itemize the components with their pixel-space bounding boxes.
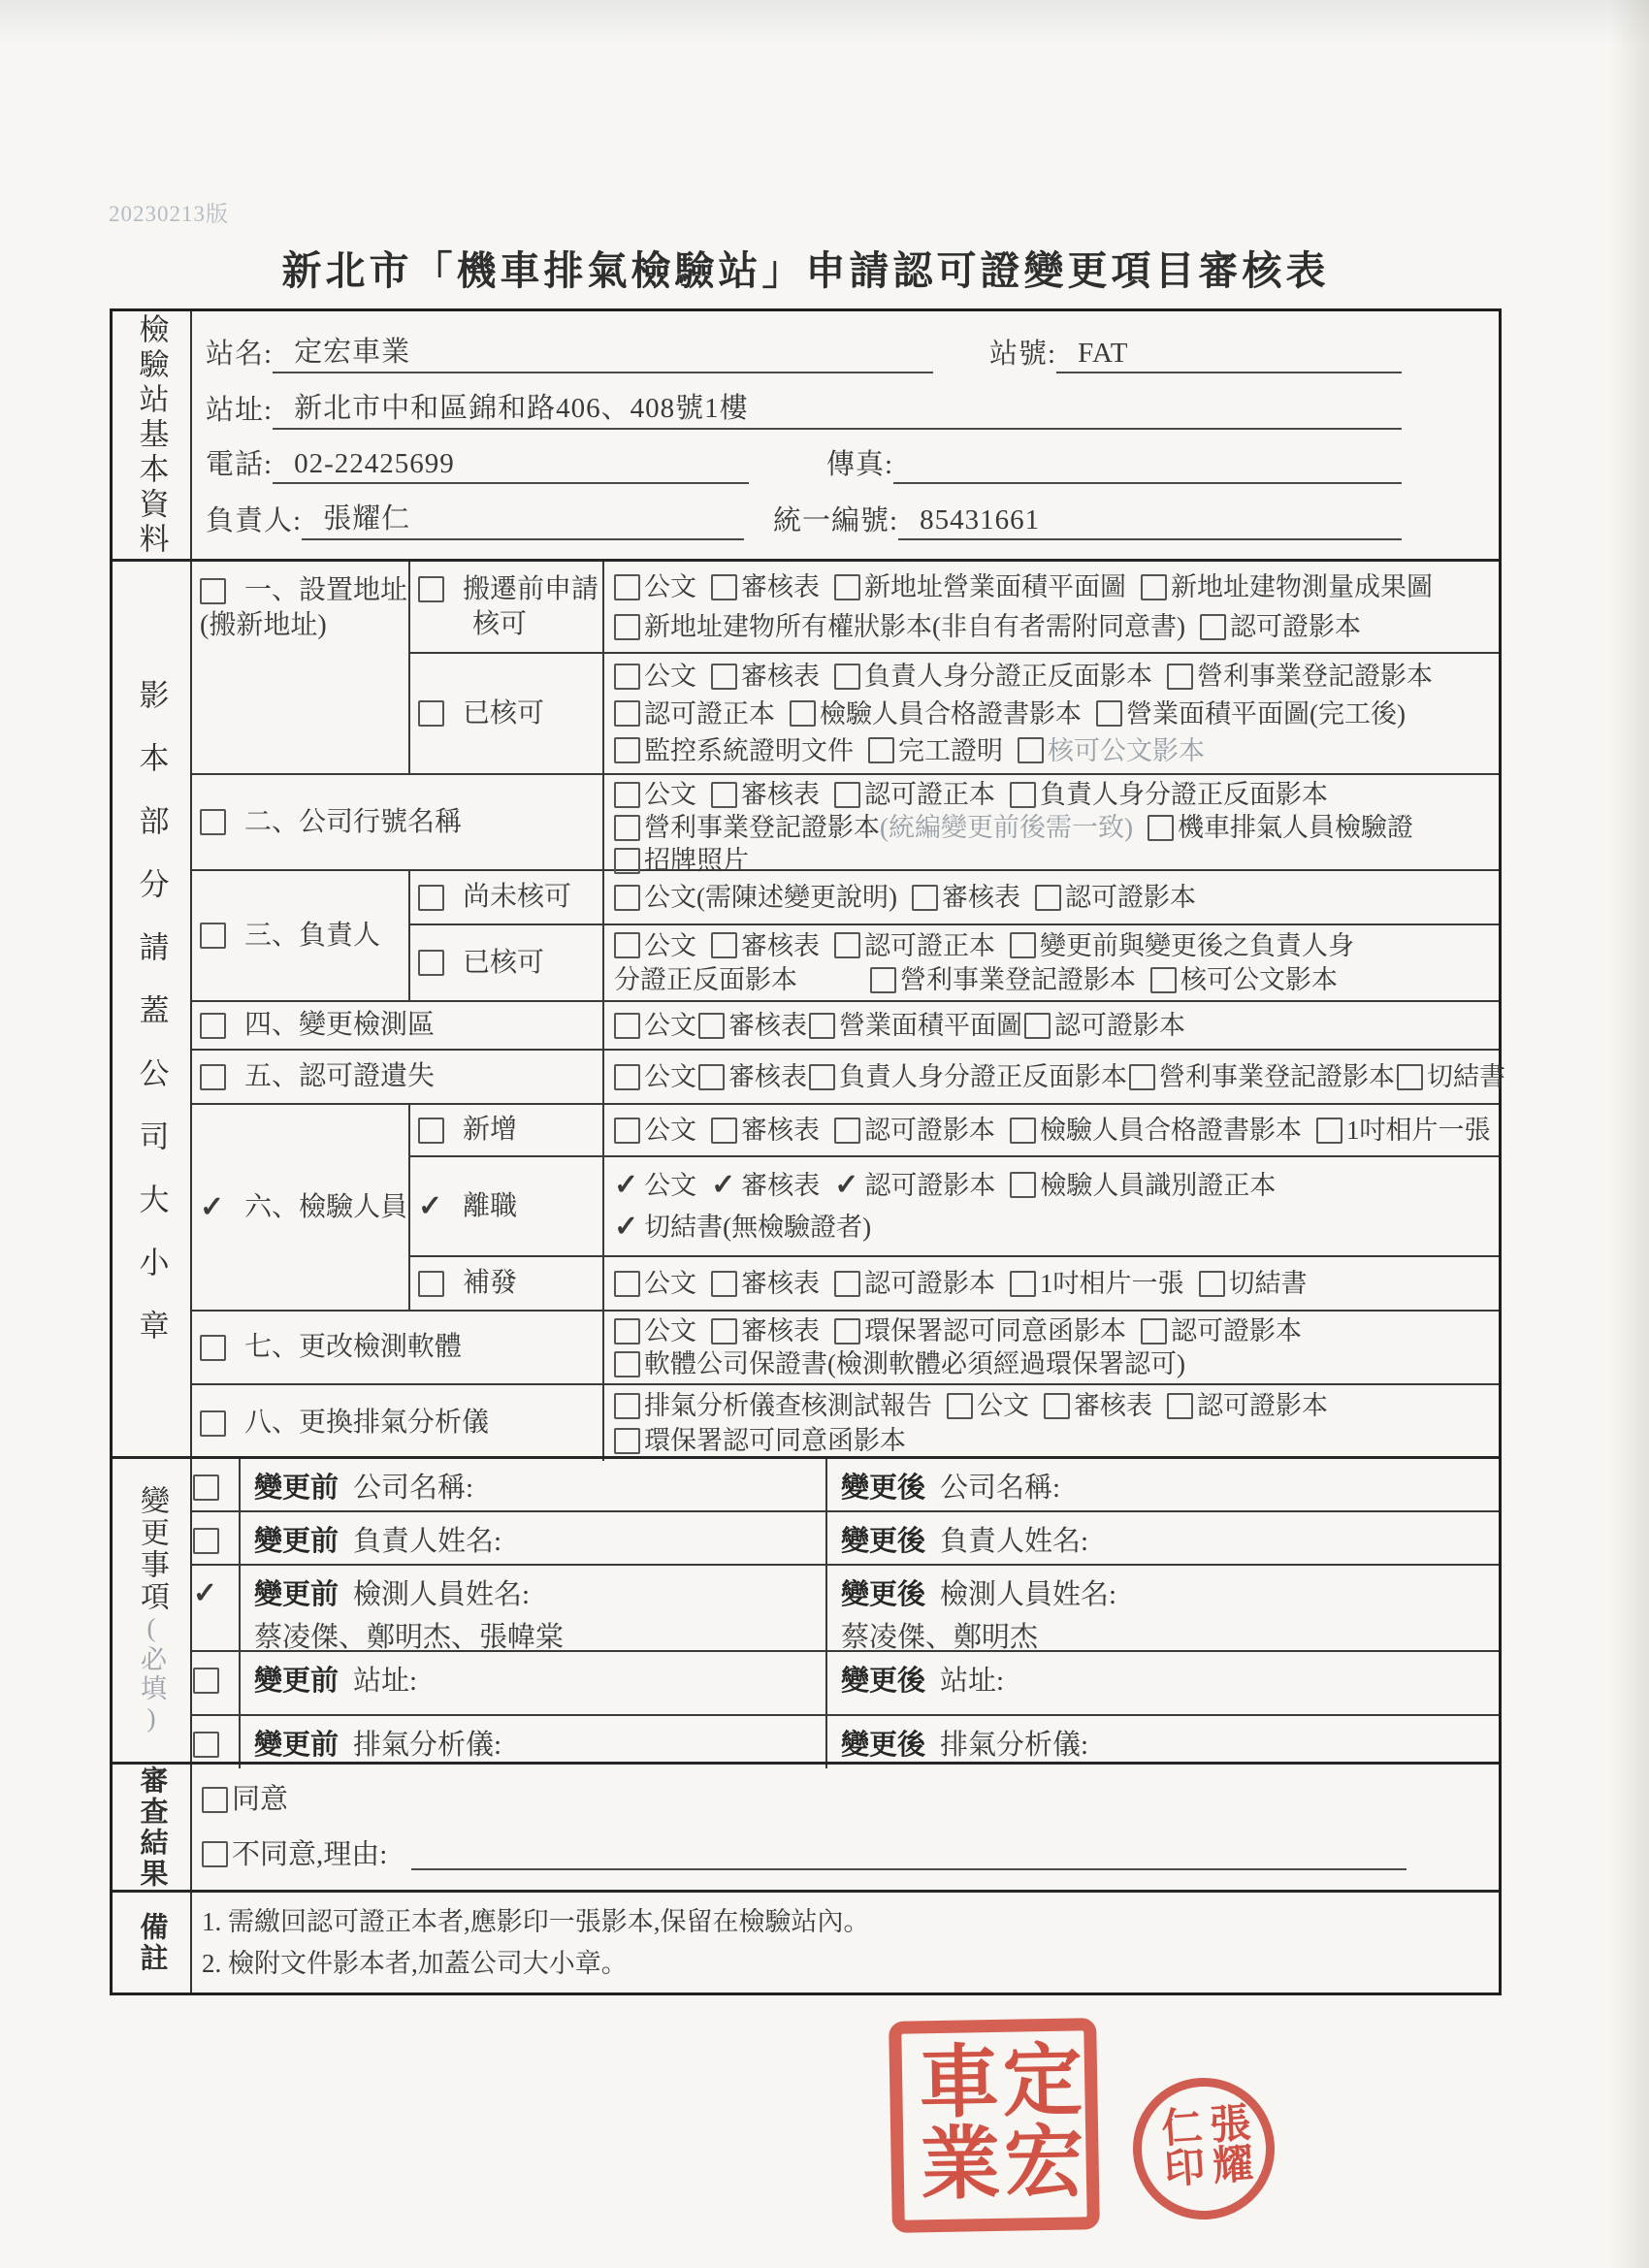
copies-grid: 一、設置地址(搬新地址) 搬遷前申請核可 公文審核表新地址營業面積平面圖新地址建…: [192, 562, 1499, 1456]
station-code-label: 站號:: [989, 332, 1056, 373]
change-row-address-before: 變更前站址:: [241, 1652, 827, 1716]
checkbox[interactable]: [698, 1013, 725, 1039]
checkbox[interactable]: [614, 885, 640, 911]
label: 軟體公司保證書(檢測軟體必須經過環保署認可): [644, 1346, 1185, 1381]
checkbox[interactable]: [193, 1668, 219, 1694]
checkbox[interactable]: [614, 848, 640, 874]
changes-grid: 變更前公司名稱: 變更後公司名稱: 變更前負責人姓名: 變更後負責人姓名: ✓ …: [192, 1459, 1499, 1762]
label: 審核表: [741, 1313, 820, 1348]
notes-lines: 1. 需繳回認可證正本者,應影印一張影本,保留在檢驗站內。2. 檢附文件影本者,…: [192, 1893, 1499, 1993]
checkbox[interactable]: [834, 782, 860, 808]
checkbox[interactable]: [1035, 885, 1061, 911]
item-1-sub-approved: 已核可: [410, 654, 604, 775]
change-row-company-before: 變更前公司名稱:: [241, 1459, 827, 1512]
label: 不同意,理由:: [232, 1837, 387, 1872]
item-6-reissue-docs: 公文審核表認可證影本1吋相片一張切結書: [604, 1257, 1499, 1312]
label: 新地址建物測量成果圖: [1171, 569, 1433, 604]
tax-id-label: 統一編號:: [773, 499, 898, 540]
checkbox[interactable]: [809, 1064, 835, 1090]
label: 補發: [463, 1266, 517, 1301]
label: 營業面積平面圖: [839, 1008, 1022, 1043]
checkbox[interactable]: [200, 1064, 226, 1090]
label: 核可: [472, 607, 527, 642]
section-basic-info-label: 檢驗站基本資料: [113, 311, 192, 559]
owner-field[interactable]: 張耀仁: [302, 497, 744, 540]
label: 四、變更檢測區: [244, 1008, 435, 1043]
label: 搬遷前申請: [463, 572, 598, 607]
checkbox[interactable]: [200, 578, 226, 604]
label: 檢驗人員合格證書影本: [820, 697, 1082, 731]
item-6-resign-docs: ✓公文✓審核表✓認可證影本檢驗人員識別證正本✓切結書(無檢驗證者): [604, 1157, 1499, 1257]
change-row-owner-mark: [192, 1512, 241, 1566]
scanned-form-page: 20230213版 新北市「機車排氣檢驗站」申請認可證變更項目審核表 檢驗站基本…: [0, 0, 1649, 2268]
item-8-docs: 排氣分析儀查核測試報告公文審核表認可證影本環保署認可同意函影本: [604, 1385, 1499, 1461]
scan-edge-top: [0, 0, 1649, 45]
station-address-label: 站址:: [206, 388, 273, 430]
label: 離職: [463, 1189, 517, 1224]
label: 1吋相片一張: [1346, 1113, 1491, 1148]
label: 變更前: [254, 1577, 339, 1612]
label: 審核表: [942, 880, 1020, 915]
checkbox[interactable]: [1018, 737, 1044, 763]
label: 公文: [644, 1113, 696, 1148]
review-options: 同意不同意,理由:: [192, 1765, 1499, 1890]
checkbox[interactable]: [1316, 1118, 1342, 1144]
item-6-sub-reissue: 補發: [410, 1257, 604, 1312]
checkbox[interactable]: [193, 1528, 219, 1554]
label: 公文(需陳述變更說明): [644, 880, 897, 915]
station-address-row: 站址: 新北市中和區錦和路406、408號1樓: [206, 386, 1499, 430]
checkbox[interactable]: [200, 1335, 226, 1361]
fax-label: 傳真:: [826, 442, 893, 484]
change-row-address-after: 變更後站址:: [827, 1652, 1499, 1716]
change-row-analyzer-before: 變更前排氣分析儀:: [241, 1716, 827, 1768]
checkbox[interactable]: [870, 967, 896, 993]
item-2-company-name: 二、公司行號名稱: [192, 775, 604, 871]
phone-fax-row: 電話: 02-22425699 傳真:: [206, 442, 1499, 484]
form-table: 檢驗站基本資料 站名: 定宏車業 站號: FAT 站址: 新北市: [110, 308, 1502, 1995]
label: 核可公文影本: [1048, 733, 1205, 768]
checkmark-icon: ✓: [200, 1193, 224, 1222]
checkbox[interactable]: [1141, 574, 1167, 600]
checkbox[interactable]: [790, 700, 816, 727]
section-copies-checklist: 影本部分請蓋公司大小章 一、設置地址(搬新地址) 搬遷前申請核可 公文審核表新地…: [113, 559, 1499, 1456]
checkmark-icon: ✓: [614, 1171, 638, 1200]
label: 完工證明: [898, 733, 1003, 768]
label: 認可證影本: [1065, 880, 1196, 915]
company-seal-text: 定宏車業: [909, 2038, 1079, 2214]
change-row-inspectors-mark: ✓: [192, 1566, 241, 1652]
section-notes: 備註 1. 需繳回認可證正本者,應影印一張影本,保留在檢驗站內。2. 檢附文件影…: [113, 1890, 1499, 1993]
item-6-sub-new: 新增: [410, 1105, 604, 1157]
checkbox[interactable]: [698, 1064, 725, 1090]
item-5-lost-certificate: 五、認可證遺失: [192, 1051, 604, 1105]
label: 認可證正本: [864, 777, 995, 812]
label: 變更前: [254, 1728, 339, 1763]
checkbox[interactable]: [202, 1841, 228, 1867]
checkbox[interactable]: [834, 1318, 860, 1345]
item-7-docs: 公文審核表環保署認可同意函影本認可證影本軟體公司保證書(檢測軟體必須經過環保署認…: [604, 1312, 1499, 1385]
checkbox[interactable]: [834, 1271, 860, 1297]
label: 蔡凌傑、鄭明杰、張幃棠: [254, 1620, 564, 1655]
label: 負責人身分證正反面影本: [864, 659, 1152, 694]
checkbox[interactable]: [614, 1271, 640, 1297]
checkbox[interactable]: [202, 1787, 228, 1813]
label: 公文: [644, 777, 696, 812]
checkbox[interactable]: [614, 932, 640, 958]
item-1-sub-before-approval: 搬遷前申請核可: [410, 562, 604, 654]
label: 營利事業登記證影本: [900, 962, 1136, 997]
checkbox[interactable]: [614, 1118, 640, 1144]
personal-seal-text: 張耀仁印: [1152, 2101, 1255, 2197]
label: 認可證影本: [1197, 1388, 1328, 1423]
label: 公文: [644, 1266, 696, 1301]
change-items-required-text: (必填): [137, 1613, 166, 1735]
label: 三、負責人: [244, 919, 380, 954]
checkbox[interactable]: [711, 1318, 737, 1345]
station-code-field[interactable]: FAT: [1056, 338, 1402, 373]
label: 公文: [644, 1008, 696, 1043]
phone-field[interactable]: 02-22425699: [273, 448, 749, 484]
label-note: (統編變更前後需一致): [880, 810, 1133, 845]
checkbox[interactable]: [1167, 1393, 1193, 1419]
label: 1吋相片一張: [1040, 1266, 1184, 1301]
label: 排氣分析儀查核測試報告: [644, 1388, 932, 1423]
label: 站址:: [940, 1664, 1004, 1699]
label: 1. 需繳回認可證正本者,應影印一張影本,保留在檢驗站內。: [202, 1904, 870, 1939]
checkbox[interactable]: [834, 1118, 860, 1144]
label: 審核表: [741, 777, 820, 812]
section-notes-label: 備註: [113, 1893, 192, 1993]
item-6-new-docs: 公文審核表認可證影本檢驗人員合格證書影本1吋相片一張: [604, 1105, 1499, 1157]
label: 變更後: [841, 1577, 925, 1612]
item-6-sub-resign: ✓離職: [410, 1157, 604, 1257]
checkbox[interactable]: [418, 1271, 444, 1297]
label: 二、公司行號名稱: [244, 805, 462, 840]
checkbox[interactable]: [834, 932, 860, 958]
item-1-approved-docs: 公文審核表負責人身分證正反面影本營利事業登記證影本認可證正本檢驗人員合格證書影本…: [604, 654, 1499, 775]
label: 八、更換排氣分析儀: [244, 1406, 489, 1441]
item-1-relocation: 一、設置地址(搬新地址): [192, 562, 410, 775]
checkbox[interactable]: [1397, 1064, 1423, 1090]
page-title: 新北市「機車排氣檢驗站」申請認可證變更項目審核表: [110, 239, 1502, 296]
station-name-field[interactable]: 定宏車業: [273, 330, 933, 373]
checkmark-icon: ✓: [711, 1171, 735, 1200]
checkbox[interactable]: [1199, 1271, 1225, 1297]
change-items-label-text: 變更事項: [136, 1485, 168, 1613]
checkbox[interactable]: [614, 782, 640, 808]
station-address-field[interactable]: 新北市中和區錦和路406、408號1樓: [273, 386, 1402, 430]
label: 審核表: [741, 928, 820, 963]
label: 負責人姓名:: [353, 1524, 501, 1559]
label: 變更後: [841, 1471, 925, 1506]
checkmark-icon: ✓: [614, 1213, 638, 1242]
checkbox[interactable]: [1200, 614, 1226, 640]
item-4-docs: 公文審核表營業面積平面圖認可證影本: [604, 1002, 1499, 1051]
checkbox[interactable]: [418, 700, 444, 727]
label: 公文: [977, 1388, 1029, 1423]
checkbox[interactable]: [868, 737, 894, 763]
checkbox[interactable]: [614, 574, 640, 600]
checkbox[interactable]: [834, 574, 860, 600]
checkmark-icon: ✓: [193, 1579, 217, 1608]
label: 尚未核可: [463, 880, 571, 915]
label: 機車排氣人員檢驗證: [1178, 810, 1413, 845]
personal-seal: 張耀仁印: [1128, 2073, 1279, 2224]
checkbox[interactable]: [614, 1428, 640, 1454]
label: 排氣分析儀:: [353, 1728, 501, 1763]
label: 環保署認可同意函影本: [864, 1313, 1126, 1348]
checkbox[interactable]: [1167, 664, 1193, 690]
checkbox[interactable]: [711, 574, 737, 600]
checkbox[interactable]: [947, 1393, 973, 1419]
change-row-company-after: 變更後公司名稱:: [827, 1459, 1499, 1512]
label: (搬新地址): [200, 608, 327, 643]
label: 切結書: [1427, 1059, 1505, 1094]
checkbox[interactable]: [418, 950, 444, 976]
checkbox[interactable]: [1150, 967, 1177, 993]
item-3-not-approved-docs: 公文(需陳述變更說明)審核表認可證影本: [604, 871, 1499, 925]
company-seal: 定宏車業: [889, 2018, 1100, 2233]
label: 已核可: [463, 697, 544, 731]
label: 審核表: [1074, 1388, 1152, 1423]
label: 變更前: [254, 1524, 339, 1559]
label: 認可證影本: [1171, 1313, 1302, 1348]
checkbox[interactable]: [1010, 1118, 1036, 1144]
label: 負責人身分證正反面影本: [1040, 777, 1328, 812]
label: 變更前: [254, 1471, 339, 1506]
item-3-sub-approved: 已核可: [410, 925, 604, 1002]
checkbox[interactable]: [614, 1351, 640, 1377]
checkmark-icon: ✓: [834, 1171, 858, 1200]
change-row-owner-before: 變更前負責人姓名:: [241, 1512, 827, 1566]
label: 同意: [232, 1782, 288, 1817]
label: 審核表: [741, 1113, 820, 1148]
label: 七、更改檢測軟體: [244, 1330, 462, 1365]
label: 公文: [644, 1168, 696, 1203]
checkbox[interactable]: [711, 782, 737, 808]
label: 認可證正本: [864, 928, 995, 963]
item-2-docs: 公文審核表認可證正本負責人身分證正反面影本營利事業登記證影本(統編變更前後需一致…: [604, 775, 1499, 871]
checkbox[interactable]: [614, 1318, 640, 1345]
label: 公文: [644, 659, 696, 694]
checkbox[interactable]: [1148, 815, 1174, 841]
section-basic-info: 檢驗站基本資料 站名: 定宏車業 站號: FAT 站址: 新北市: [113, 311, 1499, 559]
label: 營利事業登記證影本: [1197, 659, 1433, 694]
checkbox[interactable]: [614, 815, 640, 841]
label: 五、認可證遺失: [244, 1059, 435, 1094]
label: 切結書(無檢驗證者): [644, 1210, 871, 1245]
label: 變更前與變更後之負責人身: [1040, 928, 1354, 963]
label: 變更後: [841, 1664, 925, 1699]
tax-id-field[interactable]: 85431661: [898, 504, 1402, 540]
label: 審核表: [728, 1008, 807, 1043]
checkbox[interactable]: [200, 809, 226, 835]
scan-edge-right: [1610, 0, 1649, 2268]
label: 變更前: [254, 1664, 339, 1699]
label: 認可證正本: [644, 697, 775, 731]
label: 認可證影本: [864, 1266, 995, 1301]
label: 檢測人員姓名:: [940, 1577, 1116, 1612]
checkbox[interactable]: [614, 1013, 640, 1039]
change-row-inspectors-before: 變更前檢測人員姓名:蔡凌傑、鄭明杰、張幃棠: [241, 1566, 827, 1652]
owner-taxid-row: 負責人: 張耀仁 統一編號: 85431661: [206, 497, 1499, 540]
checkbox[interactable]: [1010, 782, 1036, 808]
item-3-sub-not-approved: 尚未核可: [410, 871, 604, 925]
fax-field[interactable]: [893, 480, 1402, 484]
label: 營利事業登記證影本: [644, 810, 880, 845]
item-5-docs: 公文審核表負責人身分證正反面影本營利事業登記證影本切結書: [604, 1051, 1499, 1105]
item-6-inspectors: ✓六、檢驗人員: [192, 1105, 410, 1312]
label: 監控系統證明文件: [644, 733, 854, 768]
checkbox[interactable]: [614, 664, 640, 690]
owner-label: 負責人:: [206, 499, 302, 540]
label: 檢驗人員合格證書影本: [1040, 1113, 1302, 1148]
change-row-analyzer-mark: [192, 1716, 241, 1768]
checkbox[interactable]: [1010, 1271, 1036, 1297]
label: 認可證影本: [864, 1168, 995, 1203]
label: 一、設置地址: [244, 573, 407, 608]
checkbox[interactable]: [912, 885, 938, 911]
checkbox[interactable]: [200, 1013, 226, 1039]
checkbox[interactable]: [711, 1118, 737, 1144]
label: 公文: [644, 1059, 696, 1094]
label: 營利事業登記證影本: [1159, 1059, 1395, 1094]
checkbox[interactable]: [614, 700, 640, 727]
checkbox[interactable]: [418, 885, 444, 911]
section-copies-label: 影本部分請蓋公司大小章: [113, 562, 192, 1456]
station-name-row: 站名: 定宏車業 站號: FAT: [206, 330, 1499, 373]
label: 公司名稱:: [940, 1471, 1060, 1506]
section-review-result: 審查結果 同意不同意,理由:: [113, 1762, 1499, 1890]
item-3-approved-docs: 公文審核表認可證正本變更前與變更後之負責人身分證正反面影本營利事業登記證影本核可…: [604, 925, 1499, 1002]
checkbox[interactable]: [418, 576, 444, 602]
section-review-label: 審查結果: [113, 1765, 192, 1890]
label: 負責人姓名:: [940, 1524, 1088, 1559]
label: 站址:: [353, 1664, 417, 1699]
label: 新地址營業面積平面圖: [864, 569, 1126, 604]
label: 公文: [644, 1313, 696, 1348]
checkbox[interactable]: [834, 664, 860, 690]
label: 變更後: [841, 1728, 925, 1763]
label: 2. 檢附文件影本者,加蓋公司大小章。: [202, 1946, 628, 1981]
label: 已核可: [463, 946, 544, 981]
label: 排氣分析儀:: [940, 1728, 1088, 1763]
checkbox[interactable]: [614, 614, 640, 640]
label: 營業面積平面圖(完工後): [1126, 697, 1406, 731]
label: 變更後: [841, 1524, 925, 1559]
label: 蔡凌傑、鄭明杰: [841, 1620, 1038, 1655]
label: 審核表: [741, 1266, 820, 1301]
label: 認可證影本: [864, 1113, 995, 1148]
label: 審核表: [728, 1059, 807, 1094]
item-1-before-approval-docs: 公文審核表新地址營業面積平面圖新地址建物測量成果圖新地址建物所有權狀影本(非自有…: [604, 562, 1499, 654]
form-version: 20230213版: [109, 196, 229, 228]
checkbox[interactable]: [711, 1271, 737, 1297]
checkbox[interactable]: [1024, 1013, 1051, 1039]
checkbox[interactable]: [1096, 700, 1122, 727]
item-8-analyzer: 八、更換排氣分析儀: [192, 1385, 604, 1461]
label: 檢測人員姓名:: [353, 1577, 530, 1612]
section-change-items: 變更事項(必填) 變更前公司名稱: 變更後公司名稱: 變更前負責人姓名: 變更後…: [113, 1456, 1499, 1762]
checkmark-icon: ✓: [418, 1192, 442, 1221]
checkbox[interactable]: [193, 1732, 219, 1758]
checkbox[interactable]: [200, 1410, 226, 1437]
change-row-inspectors-after: 變更後檢測人員姓名:蔡凌傑、鄭明杰: [827, 1566, 1499, 1652]
label: 公文: [644, 569, 696, 604]
checkbox[interactable]: [193, 1474, 219, 1501]
label: 新增: [463, 1113, 517, 1148]
checkbox[interactable]: [711, 932, 737, 958]
label: 審核表: [741, 1168, 820, 1203]
label: 檢驗人員識別證正本: [1040, 1168, 1276, 1203]
label: 核可公文影本: [1180, 962, 1338, 997]
item-4-test-area: 四、變更檢測區: [192, 1002, 604, 1051]
item-7-software: 七、更改檢測軟體: [192, 1312, 604, 1385]
phone-label: 電話:: [206, 442, 273, 484]
label: 負責人身分證正反面影本: [839, 1059, 1127, 1094]
label: 新地址建物所有權狀影本(非自有者需附同意書): [644, 609, 1185, 644]
label: 審核表: [741, 569, 820, 604]
checkbox[interactable]: [614, 737, 640, 763]
checkbox[interactable]: [1141, 1318, 1167, 1345]
checkbox[interactable]: [200, 923, 226, 949]
label: 公司名稱:: [353, 1471, 473, 1506]
checkbox[interactable]: [809, 1013, 835, 1039]
checkbox[interactable]: [418, 1118, 444, 1144]
checkbox[interactable]: [614, 1393, 640, 1419]
change-row-analyzer-after: 變更後排氣分析儀:: [827, 1716, 1499, 1768]
station-name-label: 站名:: [206, 332, 273, 373]
label: 六、檢驗人員: [244, 1190, 407, 1225]
item-3-owner: 三、負責人: [192, 871, 410, 1002]
change-row-address-mark: [192, 1652, 241, 1716]
label: 審核表: [741, 659, 820, 694]
checkbox[interactable]: [1010, 1172, 1036, 1198]
label: 切結書: [1229, 1266, 1308, 1301]
label: 認可證影本: [1230, 609, 1361, 644]
label: 公文: [644, 928, 696, 963]
checkbox[interactable]: [1010, 932, 1036, 958]
checkbox[interactable]: [1044, 1393, 1070, 1419]
checkbox[interactable]: [614, 1064, 640, 1090]
checkbox[interactable]: [1129, 1064, 1155, 1090]
reason-underline-field[interactable]: [411, 1839, 1406, 1870]
change-row-owner-after: 變更後負責人姓名:: [827, 1512, 1499, 1566]
change-row-company-mark: [192, 1459, 241, 1512]
label: 分證正反面影本: [614, 962, 797, 997]
section-change-items-label: 變更事項(必填): [113, 1459, 192, 1762]
checkbox[interactable]: [711, 664, 737, 690]
label: 認可證影本: [1054, 1008, 1185, 1043]
label: 環保署認可同意函影本: [644, 1423, 906, 1458]
